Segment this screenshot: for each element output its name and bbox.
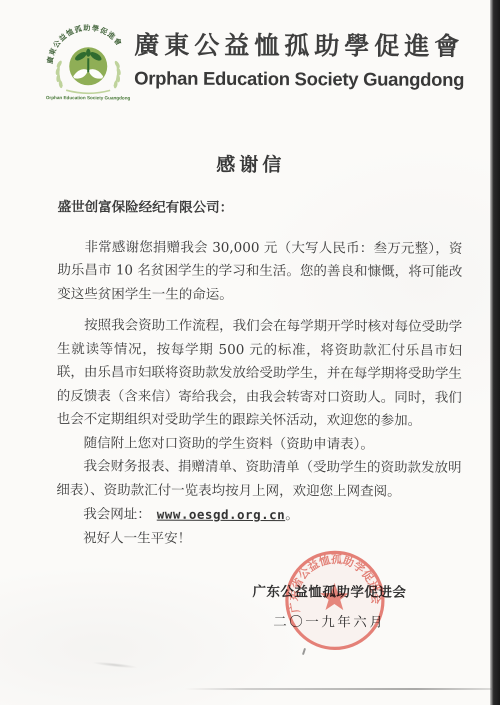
- page-content: 廣東公益恤孤助學促進會: [0, 0, 500, 705]
- paragraph-process: 按照我会资助工作流程，我们会在每学期开学时核对每位受助学生就读等情况，按每学期 …: [57, 314, 463, 433]
- scanner-edge-shadow: [490, 0, 500, 705]
- paper-fold-line: [185, 688, 493, 690]
- salutation: 盛世创富保险经纪有限公司：: [58, 196, 463, 221]
- paragraph-reports: 我会财务报表、捐赠清单、资助清单（受助学生的资助款发放明细表）、资助款汇付一览表…: [56, 455, 461, 504]
- scanned-letter-page: 廣東公益恤孤助學促進會: [0, 0, 500, 705]
- letter-title: 感谢信: [1, 149, 500, 178]
- paragraph-attachment: 随信附上您对口资助的学生资料（资助申请表）。: [57, 432, 462, 457]
- letterhead-titles: 廣東公益恤孤助學促進會 Orphan Education Society Gua…: [125, 25, 473, 91]
- website-line: 我会网址：www.oesgd.org.cn。: [56, 502, 461, 528]
- website-suffix: 。: [285, 507, 299, 523]
- closing-wish: 祝好人一生平安！: [56, 527, 461, 552]
- red-seal-stamp: 广东省公益恤孤助学促进会: [283, 548, 387, 652]
- org-name-zh: 廣東公益恤孤助學促進會: [125, 25, 473, 63]
- seedling-hands-icon: [69, 47, 107, 85]
- website-url: www.oesgd.org.cn: [157, 507, 285, 523]
- letter-body: 盛世创富保险经纪有限公司： 非常感谢您捐赠我会 30,000 元（大写人民币：叁…: [56, 196, 463, 552]
- website-label: 我会网址：: [83, 506, 151, 522]
- paragraph-donation: 非常感谢您捐赠我会 30,000 元（大写人民币：叁万元整），资助乐昌市 10 …: [57, 236, 462, 308]
- org-name-en: Orphan Education Society Guangdong: [125, 67, 473, 91]
- org-logo: 廣東公益恤孤助學促進會: [44, 14, 132, 102]
